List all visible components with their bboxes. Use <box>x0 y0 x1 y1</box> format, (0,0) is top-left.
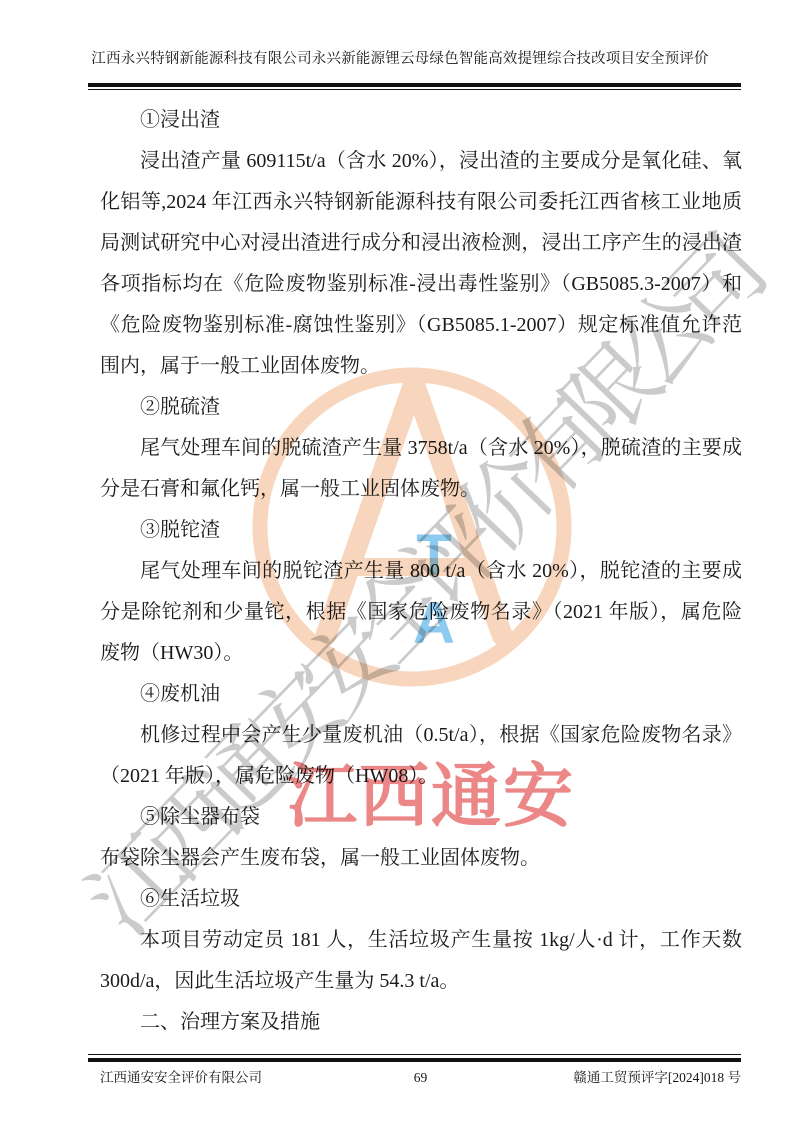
document-page: 江西永兴特钢新能源科技有限公司永兴新能源锂云母绿色智能高效提锂综合技改项目安全预… <box>0 0 800 1131</box>
section-6-body: 本项目劳动定员 181 人，生活垃圾产生量按 1kg/人·d 计，工作天数 30… <box>100 920 742 1002</box>
page-header-title: 江西永兴特钢新能源科技有限公司永兴新能源锂云母绿色智能高效提锂综合技改项目安全预… <box>60 47 740 68</box>
section-5-body: 布袋除尘器会产生废布袋，属一般工业固体废物。 <box>100 838 742 879</box>
page-footer: 江西通安安全评价有限公司 69 赣通工贸预评字[2024]018 号 <box>88 1066 741 1086</box>
footer-company: 江西通安安全评价有限公司 <box>88 1066 414 1086</box>
section-1-body: 浸出渣产量 609115t/a（含水 20%），浸出渣的主要成分是氧化硅、氧化铝… <box>100 141 742 387</box>
section-3-heading: ③脱铊渣 <box>100 510 742 551</box>
section-3-body: 尾气处理车间的脱铊渣产生量 800 t/a（含水 20%），脱铊渣的主要成分是除… <box>100 551 742 674</box>
next-section-heading: 二、治理方案及措施 <box>100 1002 742 1043</box>
section-2-heading: ②脱硫渣 <box>100 387 742 428</box>
header-rule-thick <box>88 83 741 87</box>
footer-page-number: 69 <box>414 1070 428 1086</box>
section-4-heading: ④废机油 <box>100 674 742 715</box>
section-6-heading: ⑥生活垃圾 <box>100 879 742 920</box>
section-1-heading: ①浸出渣 <box>100 100 742 141</box>
section-5-heading: ⑤除尘器布袋 <box>100 797 742 838</box>
footer-rule-thin <box>88 1054 741 1055</box>
footer-rule-thick <box>88 1058 741 1062</box>
header-rule-thin <box>88 89 741 90</box>
section-2-body: 尾气处理车间的脱硫渣产生量 3758t/a（含水 20%），脱硫渣的主要成分是石… <box>100 428 742 510</box>
document-body: ①浸出渣 浸出渣产量 609115t/a（含水 20%），浸出渣的主要成分是氧化… <box>100 100 742 1043</box>
footer-doc-number: 赣通工贸预评字[2024]018 号 <box>427 1066 741 1086</box>
section-4-body: 机修过程中会产生少量废机油（0.5t/a），根据《国家危险废物名录》（2021 … <box>100 715 742 797</box>
